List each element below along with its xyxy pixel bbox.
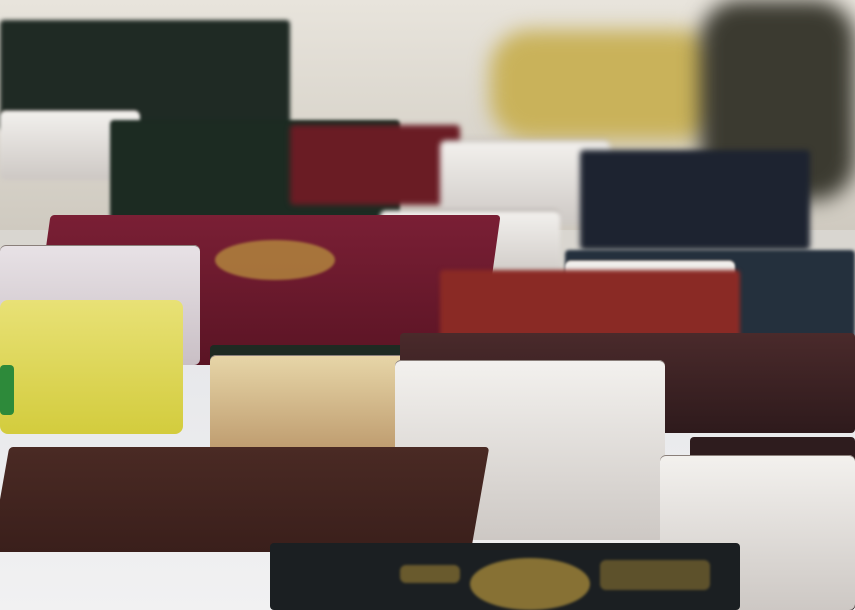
gold-emblem [215,240,335,280]
gold-emblem [470,558,590,610]
gold-text-emboss [600,560,710,590]
photo-scene [0,0,855,610]
yellow-booklet [0,300,183,434]
passport-brown-foreground [0,447,489,552]
gold-text-emboss [400,565,460,583]
passport-stack-back-red [290,125,460,205]
passport-stack-back-navy [580,150,810,250]
booklet-green-illustration [0,365,14,415]
blurred-person-background [490,30,720,140]
